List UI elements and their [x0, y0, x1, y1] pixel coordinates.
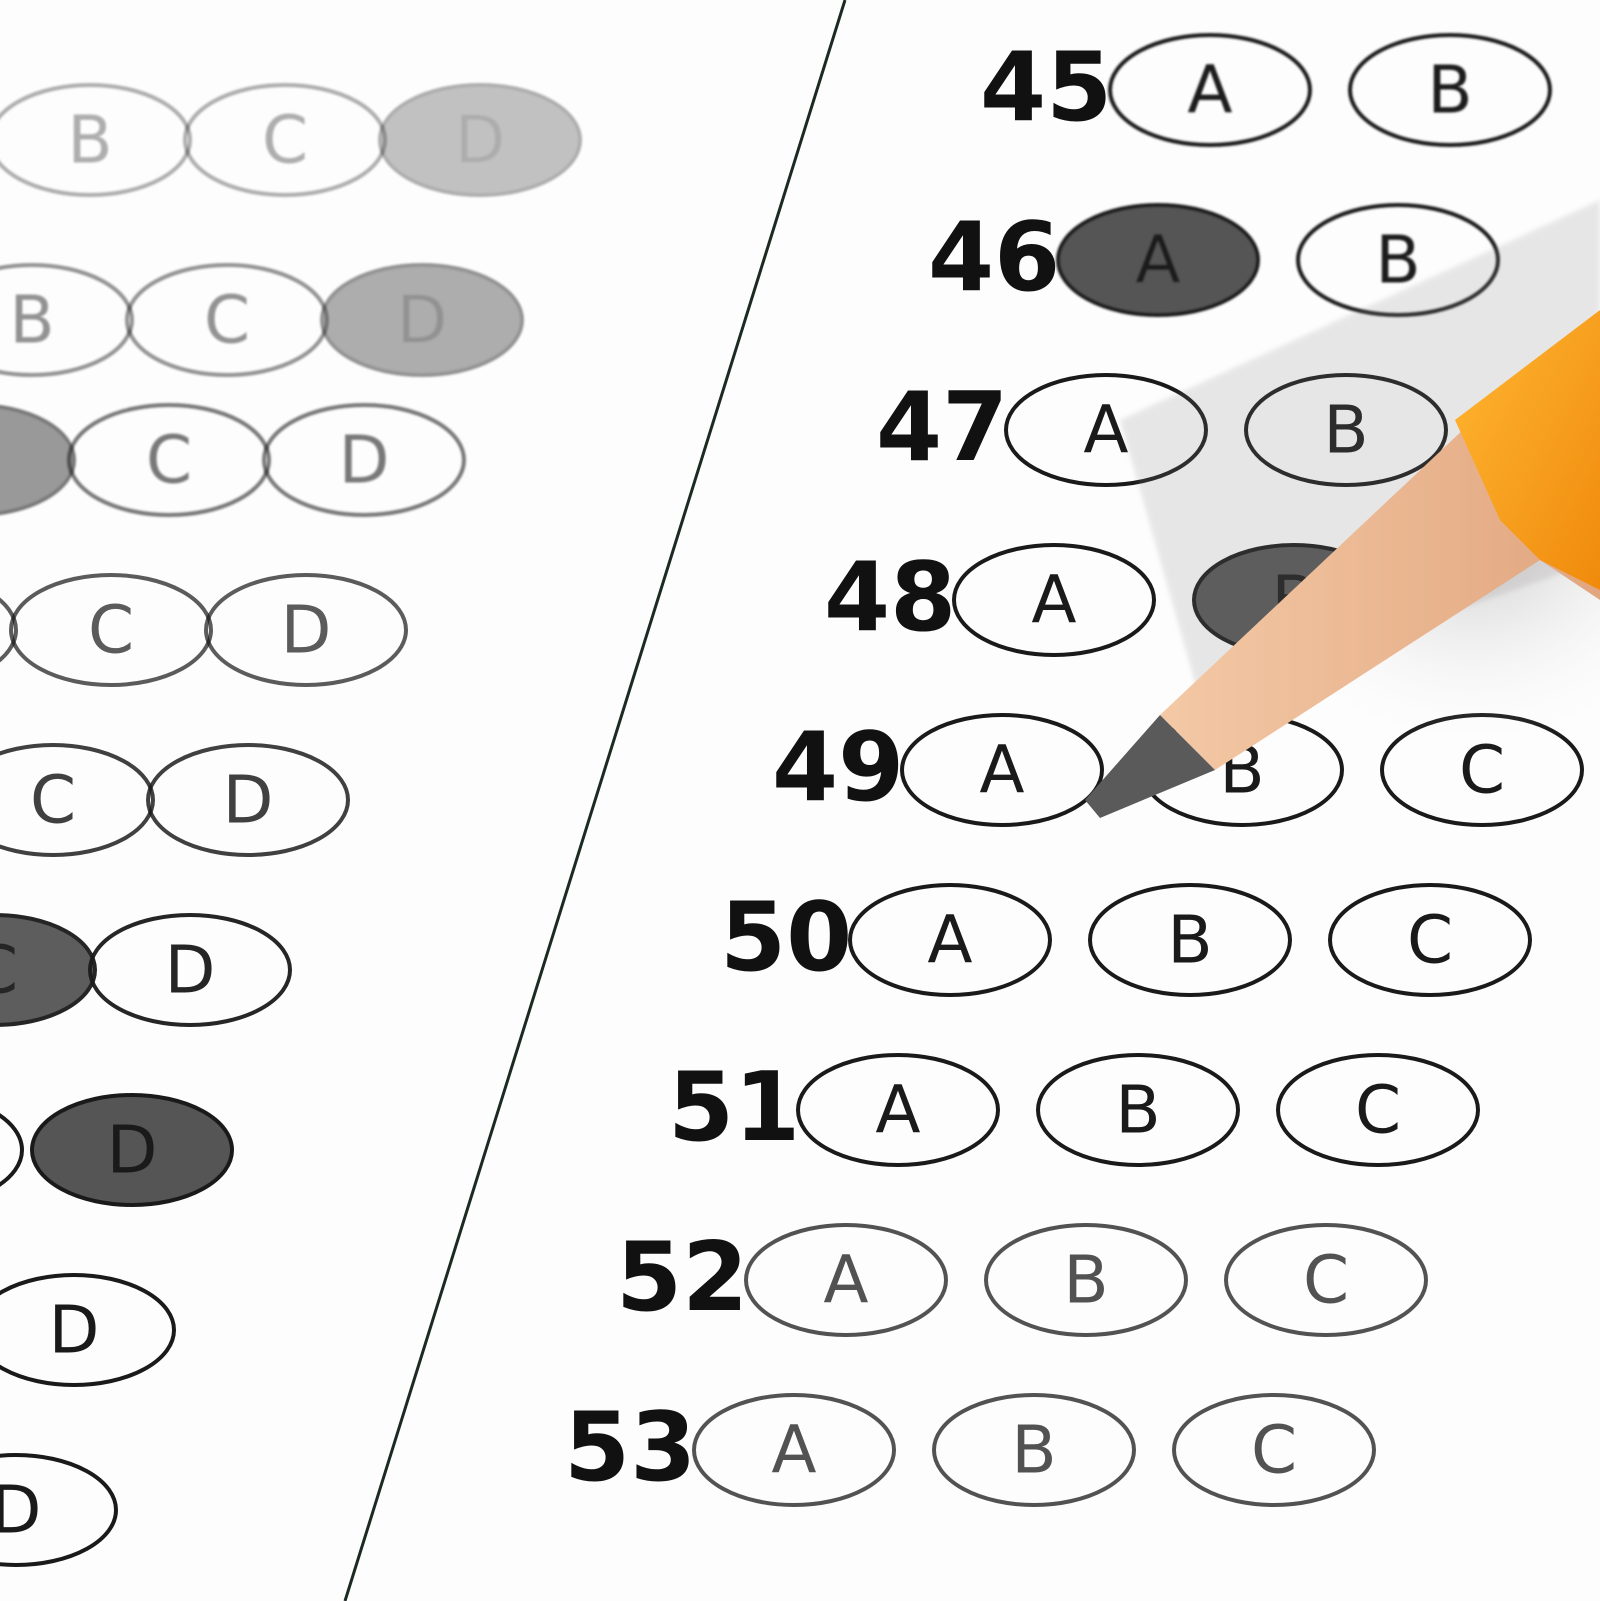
answer-bubble-D[interactable]: D — [380, 85, 580, 195]
svg-text:C: C — [1355, 1072, 1401, 1149]
question-number: 53 — [564, 1393, 696, 1503]
svg-text:D: D — [49, 1292, 100, 1369]
answer-sheet-photo: BCDBCDBCDBCDBCDBCDCDCDCD 45AB46AB47AB48A… — [0, 0, 1600, 1601]
svg-text:B: B — [9, 282, 54, 359]
svg-text:D: D — [339, 422, 390, 499]
svg-text:D: D — [0, 1472, 41, 1549]
svg-text:D: D — [455, 102, 506, 179]
svg-text:A: A — [927, 902, 972, 979]
svg-text:D: D — [223, 762, 274, 839]
svg-text:D: D — [107, 1112, 158, 1189]
question-number: 48 — [824, 543, 956, 653]
question-number: 49 — [772, 713, 904, 823]
answer-bubble-D[interactable]: D — [32, 1095, 232, 1205]
svg-text:A: A — [771, 1412, 816, 1489]
svg-text:A: A — [875, 1072, 920, 1149]
question-number: 52 — [616, 1223, 748, 1333]
svg-text:B: B — [1167, 902, 1212, 979]
answer-bubble-A[interactable]: A — [1058, 205, 1258, 315]
svg-text:D: D — [397, 282, 448, 359]
svg-text:A: A — [979, 732, 1024, 809]
svg-text:B: B — [1427, 52, 1472, 129]
svg-text:A: A — [1031, 562, 1076, 639]
svg-text:D: D — [281, 592, 332, 669]
svg-text:C: C — [1407, 902, 1453, 979]
svg-text:B: B — [1011, 1412, 1056, 1489]
svg-text:C: C — [204, 282, 250, 359]
question-number: 51 — [668, 1053, 800, 1163]
svg-text:A: A — [1135, 222, 1180, 299]
question-number: 46 — [928, 203, 1060, 313]
answer-bubble-D[interactable]: D — [322, 265, 522, 375]
svg-text:C: C — [146, 422, 192, 499]
svg-text:A: A — [1187, 52, 1232, 129]
question-number: 47 — [876, 373, 1008, 483]
svg-text:B: B — [1115, 1072, 1160, 1149]
answer-sheet-scene: BCDBCDBCDBCDBCDBCDCDCDCD 45AB46AB47AB48A… — [0, 0, 1600, 1601]
svg-text:A: A — [823, 1242, 868, 1319]
svg-text:C: C — [262, 102, 308, 179]
svg-text:B: B — [67, 102, 112, 179]
svg-text:C: C — [0, 932, 18, 1009]
svg-text:D: D — [165, 932, 216, 1009]
svg-text:C: C — [1303, 1242, 1349, 1319]
question-number: 45 — [980, 33, 1112, 143]
svg-text:C: C — [30, 762, 76, 839]
svg-text:B: B — [1063, 1242, 1108, 1319]
question-number: 50 — [720, 883, 852, 993]
svg-text:A: A — [1083, 392, 1128, 469]
svg-text:C: C — [88, 592, 134, 669]
svg-text:C: C — [1251, 1412, 1297, 1489]
